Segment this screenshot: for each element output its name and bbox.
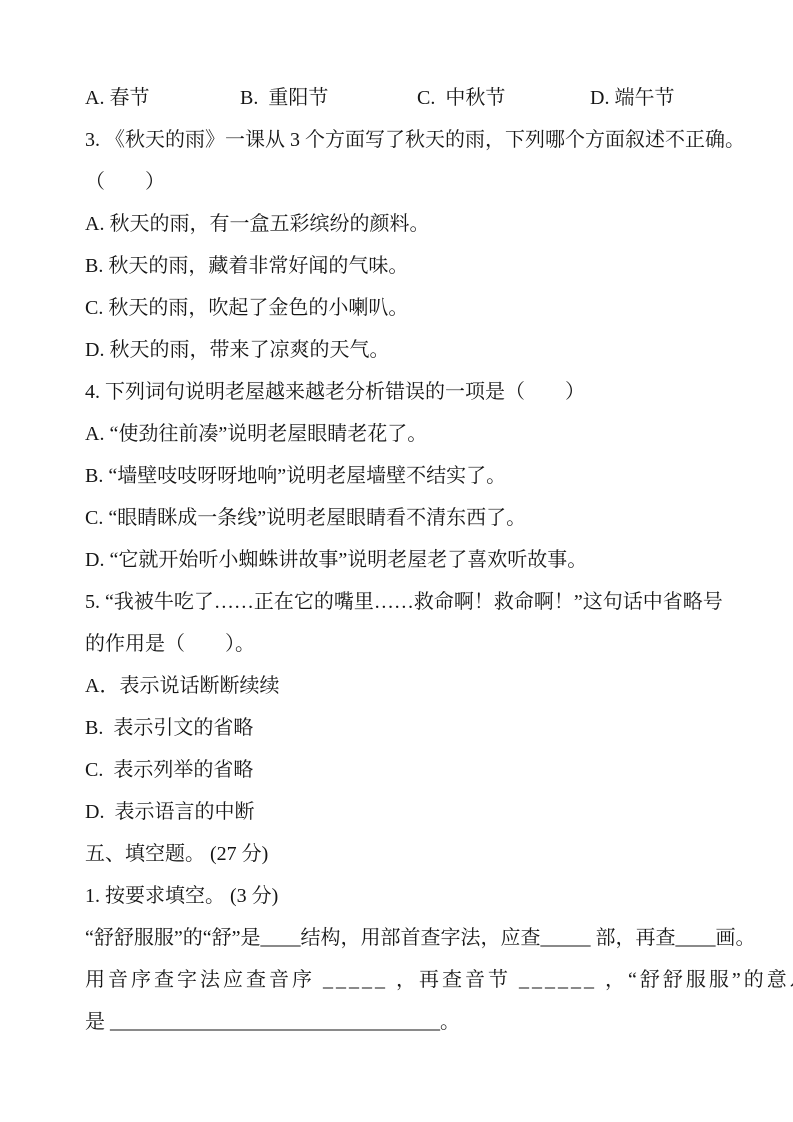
section-5-q1-line-2: 用音序查字法应查音序 _____ ，再查音节 ______ ，“舒舒服服”的意思 (85, 959, 725, 1001)
question-5-stem-line-2: 的作用是（ ）。 (85, 623, 725, 665)
section-5-q1-title: 1. 按要求填空。 (3 分) (85, 875, 725, 917)
question-2-option-c: C. 中秋节 (417, 77, 505, 119)
question-5-option-c: C. 表示列举的省略 (85, 749, 725, 791)
question-5-option-b: B. 表示引文的省略 (85, 707, 725, 749)
exam-content: A. 春节 B. 重阳节 C. 中秋节 D. 端午节 3. 《秋天的雨》一课从 … (85, 77, 725, 1043)
question-4-stem: 4. 下列词句说明老屋越来越老分析错误的一项是（ ） (85, 371, 725, 413)
question-5-option-d: D. 表示语言的中断 (85, 791, 725, 833)
question-4-option-b: B. “墙壁吱吱呀呀地响”说明老屋墙壁不结实了。 (85, 455, 725, 497)
section-5-q1-line-3: 是 _________________________________。 (85, 1001, 725, 1043)
question-3-stem: 3. 《秋天的雨》一课从 3 个方面写了秋天的雨，下列哪个方面叙述不正确。 (85, 119, 725, 161)
question-3-answer-blank: （ ） (85, 161, 725, 203)
question-3-option-c: C. 秋天的雨，吹起了金色的小喇叭。 (85, 287, 725, 329)
question-5-option-a: A．表示说话断断续续 (85, 665, 725, 707)
question-3-option-d: D. 秋天的雨，带来了凉爽的天气。 (85, 329, 725, 371)
question-4-option-d: D. “它就开始听小蜘蛛讲故事”说明老屋老了喜欢听故事。 (85, 539, 725, 581)
question-4-option-a: A. “使劲往前凑”说明老屋眼睛老花了。 (85, 413, 725, 455)
question-3-option-a: A. 秋天的雨，有一盒五彩缤纷的颜料。 (85, 203, 725, 245)
question-3-option-b: B. 秋天的雨，藏着非常好闻的气味。 (85, 245, 725, 287)
question-2-option-a: A. 春节 (85, 77, 149, 119)
question-2-options-row: A. 春节 B. 重阳节 C. 中秋节 D. 端午节 (85, 77, 725, 119)
exam-page: A. 春节 B. 重阳节 C. 中秋节 D. 端午节 3. 《秋天的雨》一课从 … (0, 0, 793, 1122)
section-5-q1-line-1: “舒舒服服”的“舒”是____结构，用部首查字法，应查_____ 部，再查___… (85, 917, 725, 959)
question-4-option-c: C. “眼睛眯成一条线”说明老屋眼睛看不清东西了。 (85, 497, 725, 539)
question-2-option-b: B. 重阳节 (240, 77, 328, 119)
section-5-heading: 五、填空题。 (27 分) (85, 833, 725, 875)
question-2-option-d: D. 端午节 (590, 77, 674, 119)
question-5-stem-line-1: 5. “我被牛吃了……正在它的嘴里……救命啊！救命啊！”这句话中省略号 (85, 581, 725, 623)
